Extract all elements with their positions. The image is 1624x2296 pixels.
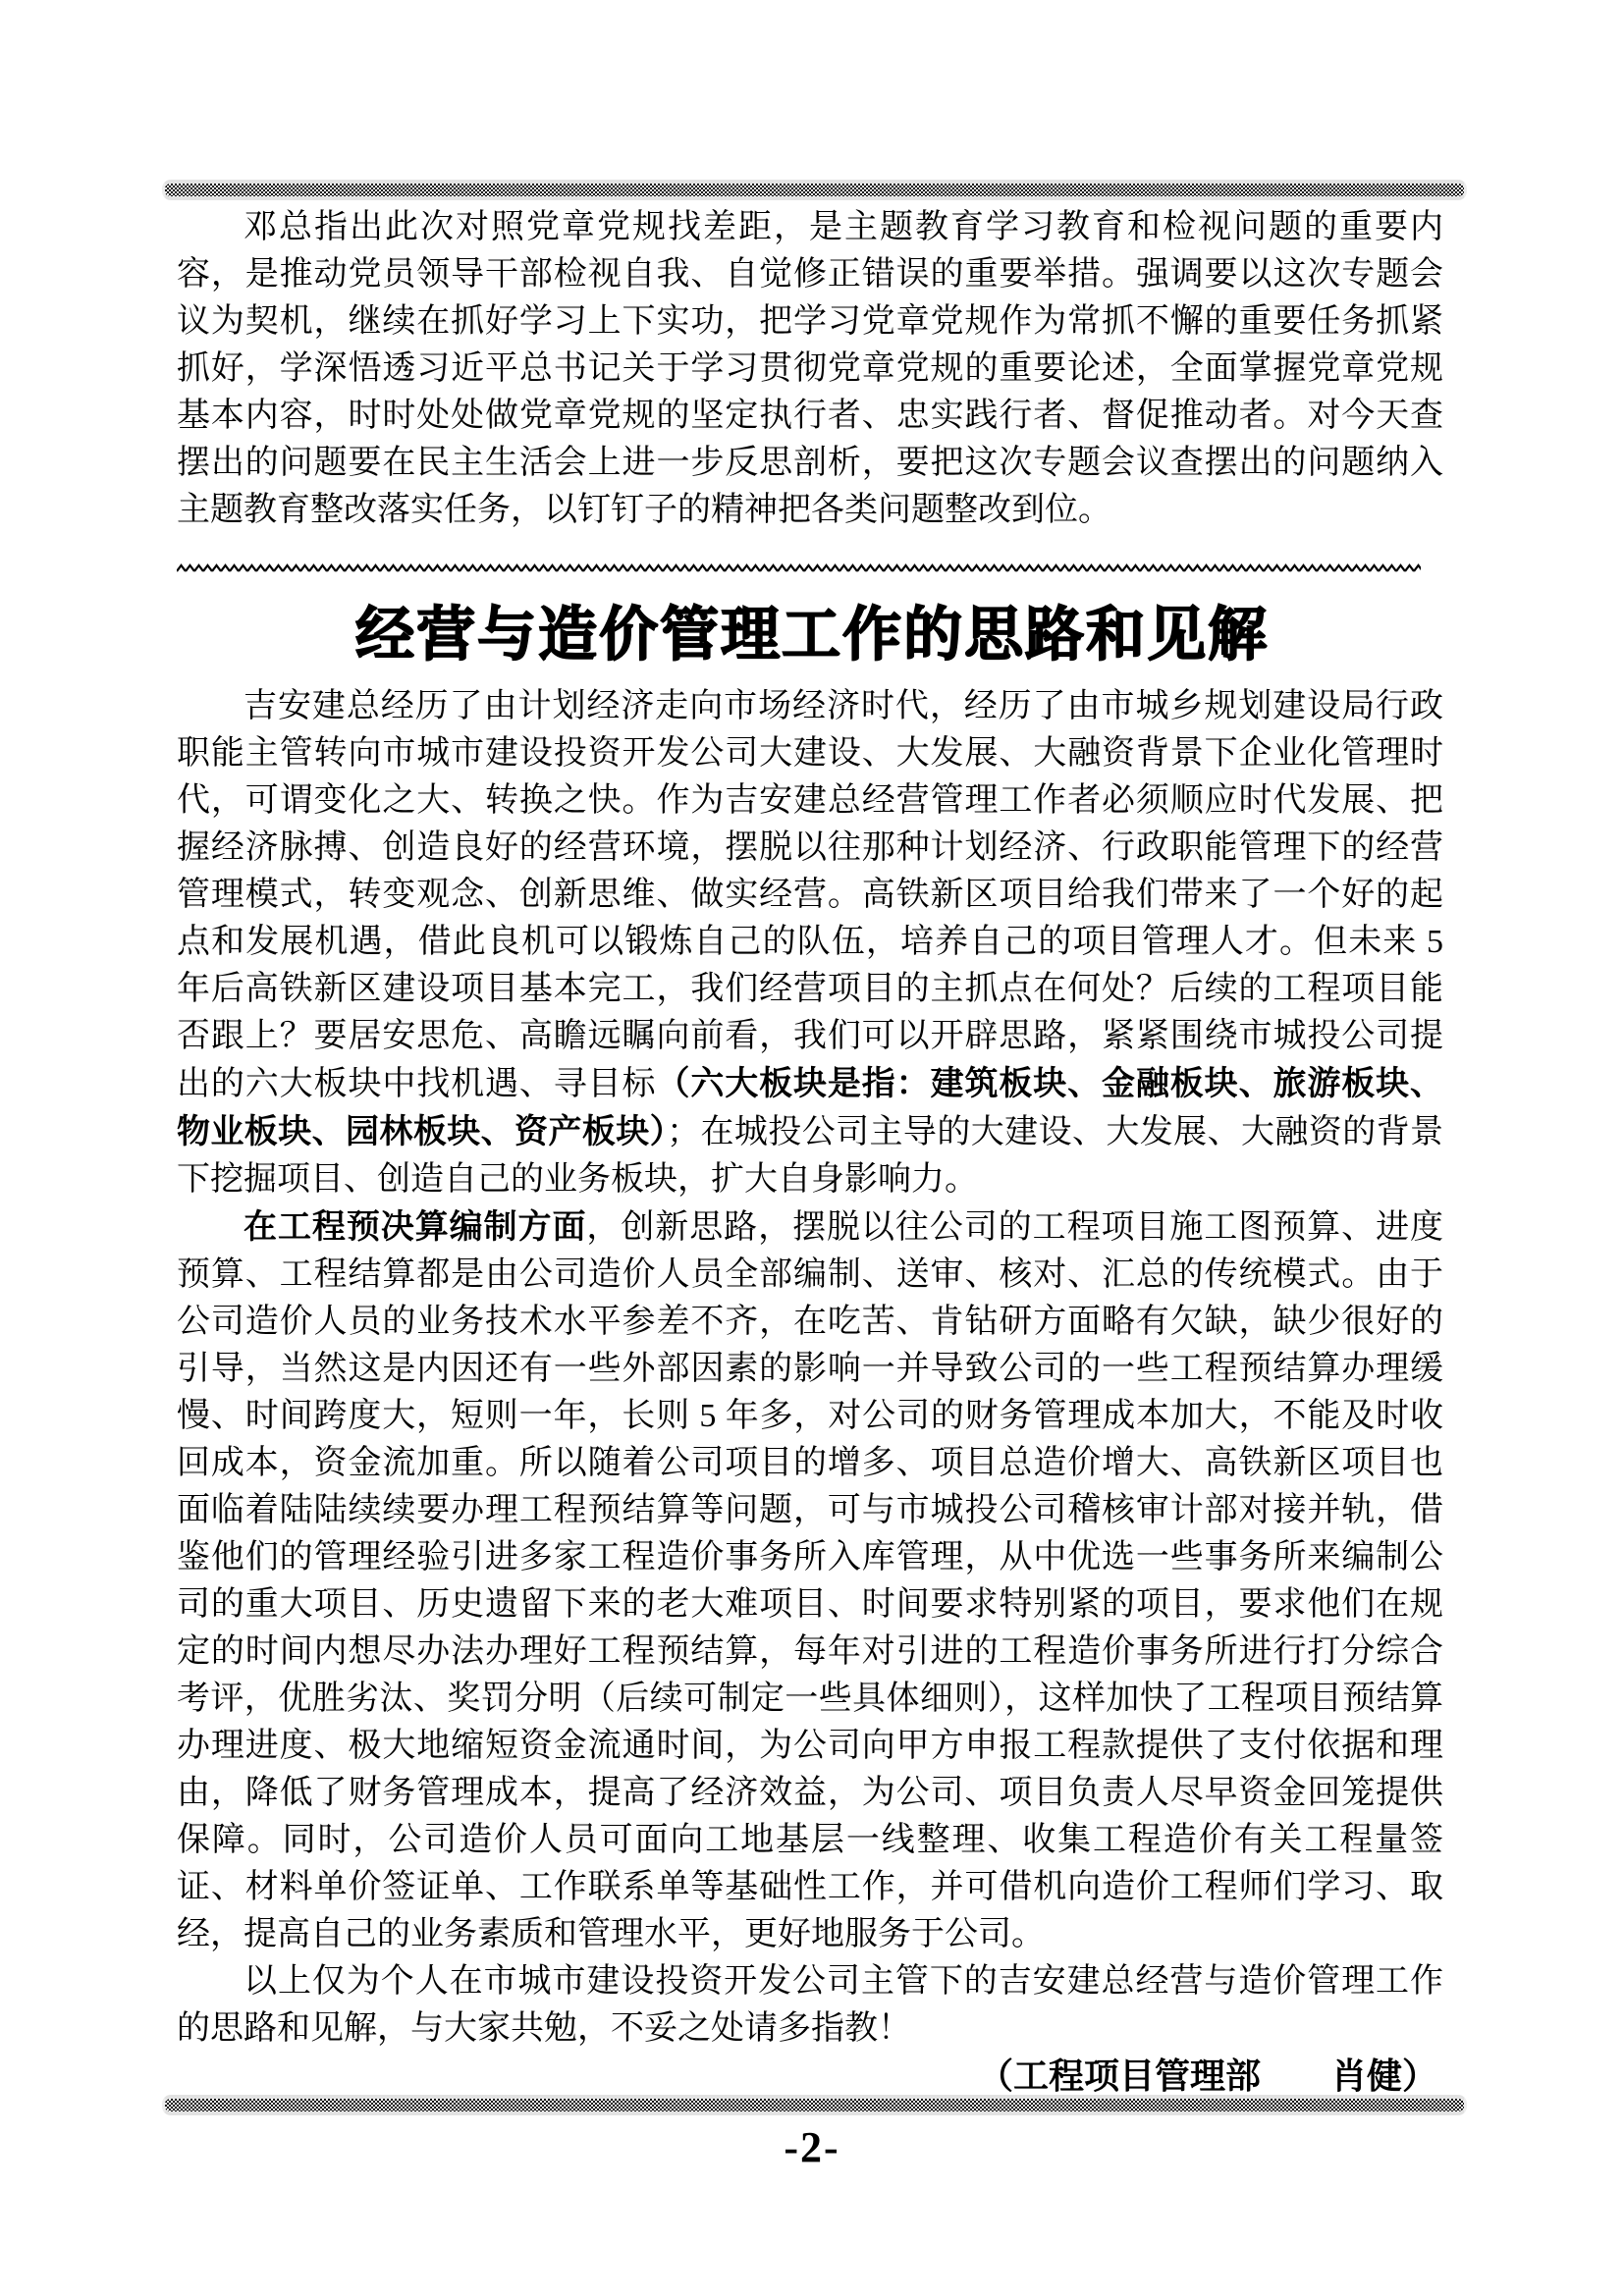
article-body: 吉安建总经历了由计划经济走向市场经济时代，经历了由市城乡规划建设局行政职能主管转… xyxy=(177,683,1443,2100)
page-number: -2- xyxy=(0,2122,1624,2172)
top-ribbon-divider xyxy=(162,180,1467,200)
paragraph-1-text: 吉安建总经历了由计划经济走向市场经济时代，经历了由市城乡规划建设局行政职能主管转… xyxy=(177,688,1443,1102)
article-paragraph-1: 吉安建总经历了由计划经济走向市场经济时代，经历了由市城乡规划建设局行政职能主管转… xyxy=(177,683,1443,1203)
article-paragraph-3: 以上仅为个人在市城市建设投资开发公司主管下的吉安建总经营与造价管理工作的思路和见… xyxy=(177,1958,1443,2053)
intro-section: 邓总指出此次对照党章党规找差距，是主题教育学习教育和检视问题的重要内容，是推动党… xyxy=(177,204,1443,534)
zigzag-divider xyxy=(177,561,1421,570)
article-paragraph-2: 在工程预决算编制方面，创新思路，摆脱以往公司的工程项目施工图预算、进度预算、工程… xyxy=(177,1203,1443,1958)
document-page: 邓总指出此次对照党章党规找差距，是主题教育学习教育和检视问题的重要内容，是推动党… xyxy=(0,0,1624,2296)
article-title: 经营与造价管理工作的思路和见解 xyxy=(0,603,1624,667)
article-signature: （工程项目管理部 肖健） xyxy=(177,2053,1443,2100)
bottom-ribbon-divider xyxy=(162,2095,1467,2115)
paragraph-2-bold-lead: 在工程预决算编制方面 xyxy=(244,1208,586,1246)
paragraph-2-text: ，创新思路，摆脱以往公司的工程项目施工图预算、进度预算、工程结算都是由公司造价人… xyxy=(177,1209,1443,1952)
intro-paragraph: 邓总指出此次对照党章党规找差距，是主题教育学习教育和检视问题的重要内容，是推动党… xyxy=(177,204,1443,534)
